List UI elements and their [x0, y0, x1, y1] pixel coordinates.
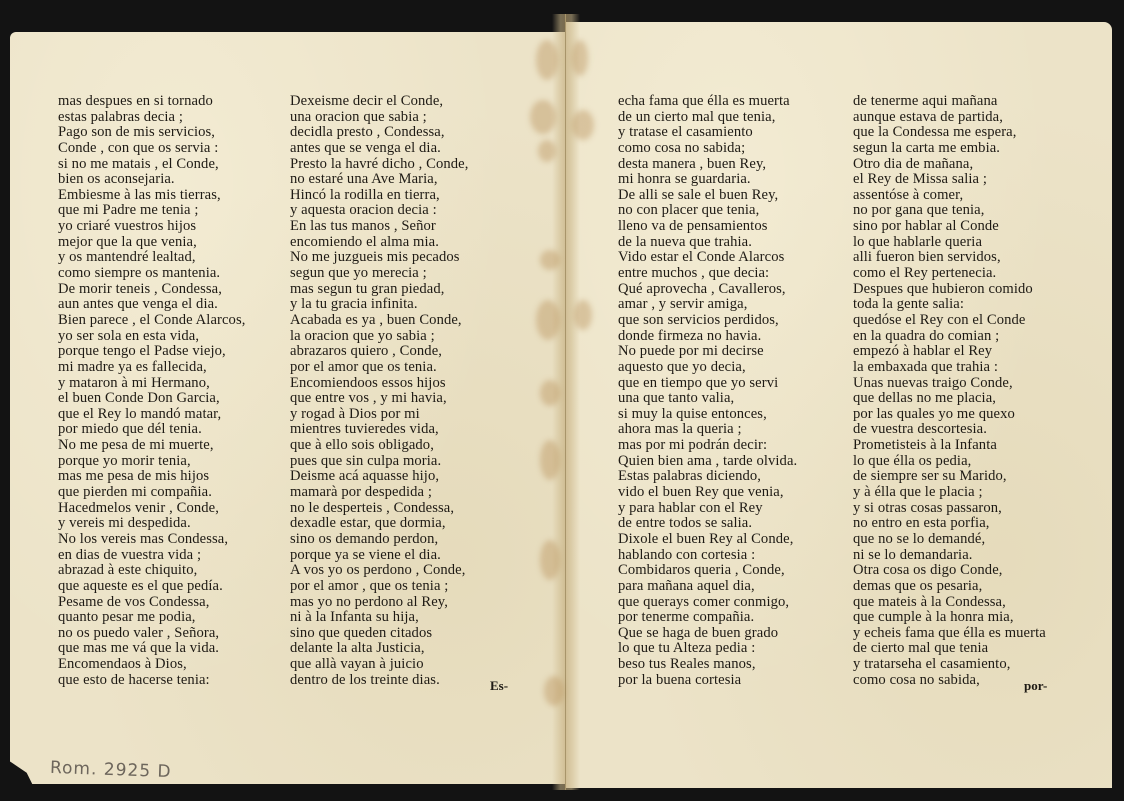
- verse-line: aunque estava de partida,: [853, 110, 1046, 126]
- verse-line: porque tengo el Padse viejo,: [58, 344, 245, 360]
- gutter-stain: [572, 40, 588, 76]
- verse-line: segun la carta me embia.: [853, 141, 1046, 157]
- verse-line: Unas nuevas traigo Conde,: [853, 376, 1046, 392]
- gutter-stain: [540, 440, 560, 480]
- verse-line: por el amor que os tenia.: [290, 360, 469, 376]
- verse-line: de tenerme aqui mañana: [853, 94, 1046, 110]
- verse-line: Deisme acá aquasse hijo,: [290, 469, 469, 485]
- verse-line: Conde , con que os servia :: [58, 141, 245, 157]
- verse-line: echa fama que élla es muerta: [618, 94, 797, 110]
- verse-line: Dixole el buen Rey al Conde,: [618, 532, 797, 548]
- verse-line: de la nueva que trahia.: [618, 235, 797, 251]
- verse-line: No me juzgueis mis pecados: [290, 250, 469, 266]
- verse-line: pues que sin culpa moria.: [290, 454, 469, 470]
- verse-line: como cosa no sabida;: [618, 141, 797, 157]
- verse-line: como siempre os mantenia.: [58, 266, 245, 282]
- verse-line: por las quales yo me quexo: [853, 407, 1046, 423]
- verse-line: yo ser sola en esta vida,: [58, 329, 245, 345]
- verse-line: por tenerme compañia.: [618, 610, 797, 626]
- verse-line: estas palabras decia ;: [58, 110, 245, 126]
- verse-line: empezó à hablar el Rey: [853, 344, 1046, 360]
- verse-line: que à ello sois obligado,: [290, 438, 469, 454]
- gutter-stain: [536, 300, 560, 340]
- verse-line: No puede por mi decirse: [618, 344, 797, 360]
- verse-line: alli fueron bien servidos,: [853, 250, 1046, 266]
- verse-line: para mañana aquel dia,: [618, 579, 797, 595]
- verse-line: abrazaros quiero , Conde,: [290, 344, 469, 360]
- verse-line: sino os demando perdon,: [290, 532, 469, 548]
- verse-line: y à élla que le placia ;: [853, 485, 1046, 501]
- verse-line: Prometisteis à la Infanta: [853, 438, 1046, 454]
- gutter-stain: [540, 540, 560, 580]
- verse-line: lo que tu Alteza pedia :: [618, 641, 797, 657]
- gutter-stain: [530, 100, 556, 134]
- verse-line: mas por mi podrán decir:: [618, 438, 797, 454]
- verse-line: mas segun tu gran piedad,: [290, 282, 469, 298]
- verse-line: como el Rey pertenecia.: [853, 266, 1046, 282]
- verse-line: En las tus manos , Señor: [290, 219, 469, 235]
- verse-line: mas yo no perdono al Rey,: [290, 595, 469, 611]
- verse-line: aquesto que yo decia,: [618, 360, 797, 376]
- verse-line: si no me matais , el Conde,: [58, 157, 245, 173]
- verse-line: que aqueste es el que pedía.: [58, 579, 245, 595]
- verse-line: que no se lo demandé,: [853, 532, 1046, 548]
- verse-line: que dellas no me placia,: [853, 391, 1046, 407]
- verse-line: y tratarseha el casamiento,: [853, 657, 1046, 673]
- verse-line: no por gana que tenia,: [853, 203, 1046, 219]
- verse-line: de siempre ser su Marido,: [853, 469, 1046, 485]
- verse-line: mas despues en si tornado: [58, 94, 245, 110]
- verse-line: donde firmeza no havia.: [618, 329, 797, 345]
- catchword-right: por-: [1024, 678, 1047, 694]
- verse-line: bien os aconsejaria.: [58, 172, 245, 188]
- verse-line: no entro en esta porfia,: [853, 516, 1046, 532]
- verse-line: Vido estar el Conde Alarcos: [618, 250, 797, 266]
- verse-line: dexadle estar, que dormia,: [290, 516, 469, 532]
- verse-line: como cosa no sabida,: [853, 673, 1046, 689]
- verse-line: porque ya se viene el dia.: [290, 548, 469, 564]
- verse-line: Embiesme à las mis tierras,: [58, 188, 245, 204]
- verse-line: Hacedmelos venir , Conde,: [58, 501, 245, 517]
- verse-line: si muy la quise entonces,: [618, 407, 797, 423]
- verse-line: el Rey de Missa salia ;: [853, 172, 1046, 188]
- right-page-column-2: de tenerme aqui mañana aunque estava de …: [853, 94, 1046, 688]
- verse-line: sino por hablar al Conde: [853, 219, 1046, 235]
- handwritten-shelfmark: Rom. 2925 D: [50, 758, 172, 782]
- verse-line: ni se lo demandaria.: [853, 548, 1046, 564]
- verse-line: assentóse à comer,: [853, 188, 1046, 204]
- verse-line: De alli se sale el buen Rey,: [618, 188, 797, 204]
- verse-line: mejor que la que venia,: [58, 235, 245, 251]
- gutter-stain: [536, 40, 558, 80]
- verse-line: delante la alta Justicia,: [290, 641, 469, 657]
- verse-line: que entre vos , y mi havia,: [290, 391, 469, 407]
- verse-line: que allà vayan à juicio: [290, 657, 469, 673]
- verse-line: Encomiendoos essos hijos: [290, 376, 469, 392]
- spine-fold-line: [565, 14, 566, 790]
- verse-line: segun que yo merecia ;: [290, 266, 469, 282]
- verse-line: Bien parece , el Conde Alarcos,: [58, 313, 245, 329]
- verse-line: aun antes que venga el dia.: [58, 297, 245, 313]
- verse-line: Otro dia de mañana,: [853, 157, 1046, 173]
- verse-line: hablando con cortesia :: [618, 548, 797, 564]
- gutter-stain: [540, 250, 560, 270]
- verse-line: quanto pesar me podia,: [58, 610, 245, 626]
- verse-line: de cierto mal que tenia: [853, 641, 1046, 657]
- verse-line: no le desperteis , Condessa,: [290, 501, 469, 517]
- gutter-stain: [538, 140, 556, 162]
- verse-line: ni à la Infanta su hija,: [290, 610, 469, 626]
- verse-line: Otra cosa os digo Conde,: [853, 563, 1046, 579]
- verse-line: y la tu gracia infinita.: [290, 297, 469, 313]
- verse-line: Pago son de mis servicios,: [58, 125, 245, 141]
- verse-line: que el Rey lo mandó matar,: [58, 407, 245, 423]
- verse-line: De morir teneis , Condessa,: [58, 282, 245, 298]
- verse-line: la oracion que yo sabia ;: [290, 329, 469, 345]
- verse-line: lo que élla os pedia,: [853, 454, 1046, 470]
- verse-line: de un cierto mal que tenia,: [618, 110, 797, 126]
- verse-line: Combidaros queria , Conde,: [618, 563, 797, 579]
- verse-line: Encomendaos à Dios,: [58, 657, 245, 673]
- verse-line: quedóse el Rey con el Conde: [853, 313, 1046, 329]
- verse-line: sino que queden citados: [290, 626, 469, 642]
- verse-line: amar , y servir amiga,: [618, 297, 797, 313]
- verse-line: y echeis fama que élla es muerta: [853, 626, 1046, 642]
- verse-line: y aquesta oracion decia :: [290, 203, 469, 219]
- verse-line: mientres tuvieredes vida,: [290, 422, 469, 438]
- verse-line: que mi Padre me tenia ;: [58, 203, 245, 219]
- verse-line: no os puedo valer , Señora,: [58, 626, 245, 642]
- verse-line: abrazad à este chiquito,: [58, 563, 245, 579]
- verse-line: desta manera , buen Rey,: [618, 157, 797, 173]
- verse-line: que son servicios perdidos,: [618, 313, 797, 329]
- verse-line: de entre todos se salia.: [618, 516, 797, 532]
- verse-line: toda la gente salia:: [853, 297, 1046, 313]
- verse-line: lleno va de pensamientos: [618, 219, 797, 235]
- verse-line: Acabada es ya , buen Conde,: [290, 313, 469, 329]
- verse-line: no estaré una Ave Maria,: [290, 172, 469, 188]
- verse-line: Dexeisme decir el Conde,: [290, 94, 469, 110]
- verse-line: y os mantendré lealtad,: [58, 250, 245, 266]
- verse-line: en la quadra do comian ;: [853, 329, 1046, 345]
- verse-line: que mateis à la Condessa,: [853, 595, 1046, 611]
- verse-line: encomiendo el alma mia.: [290, 235, 469, 251]
- verse-line: Despues que hubieron comido: [853, 282, 1046, 298]
- verse-line: que querays comer conmigo,: [618, 595, 797, 611]
- gutter-stain: [574, 300, 592, 330]
- verse-line: Qué aprovecha , Cavalleros,: [618, 282, 797, 298]
- catchword-left: Es-: [490, 678, 508, 694]
- gutter-stain: [540, 380, 560, 406]
- verse-line: decidla presto , Condessa,: [290, 125, 469, 141]
- verse-line: y si otras cosas passaron,: [853, 501, 1046, 517]
- verse-line: por miedo que dél tenia.: [58, 422, 245, 438]
- verse-line: Estas palabras diciendo,: [618, 469, 797, 485]
- verse-line: y rogad à Dios por mi: [290, 407, 469, 423]
- verse-line: que en tiempo que yo servi: [618, 376, 797, 392]
- verse-line: Presto la havré dicho , Conde,: [290, 157, 469, 173]
- verse-line: Hincó la rodilla en tierra,: [290, 188, 469, 204]
- verse-line: y tratase el casamiento: [618, 125, 797, 141]
- verse-line: A vos yo os perdono , Conde,: [290, 563, 469, 579]
- left-page-column-2: Dexeisme decir el Conde, una oracion que…: [290, 94, 469, 688]
- verse-line: que pierden mi compañia.: [58, 485, 245, 501]
- verse-line: antes que se venga el dia.: [290, 141, 469, 157]
- verse-line: mas me pesa de mis hijos: [58, 469, 245, 485]
- verse-line: ahora mas la queria ;: [618, 422, 797, 438]
- verse-line: de vuestra descortesia.: [853, 422, 1046, 438]
- verse-line: dentro de los treinte dias.: [290, 673, 469, 689]
- verse-line: No me pesa de mi muerte,: [58, 438, 245, 454]
- gutter-stain: [572, 110, 594, 140]
- verse-line: Que se haga de buen grado: [618, 626, 797, 642]
- verse-line: la embaxada que trahia :: [853, 360, 1046, 376]
- gutter-stain: [544, 676, 564, 706]
- verse-line: lo que hablarle queria: [853, 235, 1046, 251]
- verse-line: en dias de vuestra vida ;: [58, 548, 245, 564]
- verse-line: que la Condessa me espera,: [853, 125, 1046, 141]
- verse-line: mi honra se guardaria.: [618, 172, 797, 188]
- verse-line: que cumple à la honra mia,: [853, 610, 1046, 626]
- verse-line: no con placer que tenia,: [618, 203, 797, 219]
- verse-line: Pesame de vos Condessa,: [58, 595, 245, 611]
- verse-line: entre muchos , que decia:: [618, 266, 797, 282]
- verse-line: por la buena cortesia: [618, 673, 797, 689]
- verse-line: el buen Conde Don Garcia,: [58, 391, 245, 407]
- verse-line: demas que os pesaria,: [853, 579, 1046, 595]
- left-page-column-1: mas despues en si tornado estas palabras…: [58, 94, 245, 688]
- verse-line: una oracion que sabia ;: [290, 110, 469, 126]
- verse-line: vido el buen Rey que venia,: [618, 485, 797, 501]
- verse-line: yo criaré vuestros hijos: [58, 219, 245, 235]
- verse-line: mi madre ya es fallecida,: [58, 360, 245, 376]
- verse-line: Quien bien ama , tarde olvida.: [618, 454, 797, 470]
- verse-line: y para hablar con el Rey: [618, 501, 797, 517]
- verse-line: que esto de hacerse tenia:: [58, 673, 245, 689]
- verse-line: que mas me vá que la vida.: [58, 641, 245, 657]
- verse-line: No los vereis mas Condessa,: [58, 532, 245, 548]
- verse-line: beso tus Reales manos,: [618, 657, 797, 673]
- verse-line: porque yo morir tenia,: [58, 454, 245, 470]
- verse-line: mamarà por despedida ;: [290, 485, 469, 501]
- verse-line: por el amor , que os tenia ;: [290, 579, 469, 595]
- verse-line: y mataron à mi Hermano,: [58, 376, 245, 392]
- verse-line: una que tanto valia,: [618, 391, 797, 407]
- right-page-column-1: echa fama que élla es muerta de un ciert…: [618, 94, 797, 688]
- verse-line: y vereis mi despedida.: [58, 516, 245, 532]
